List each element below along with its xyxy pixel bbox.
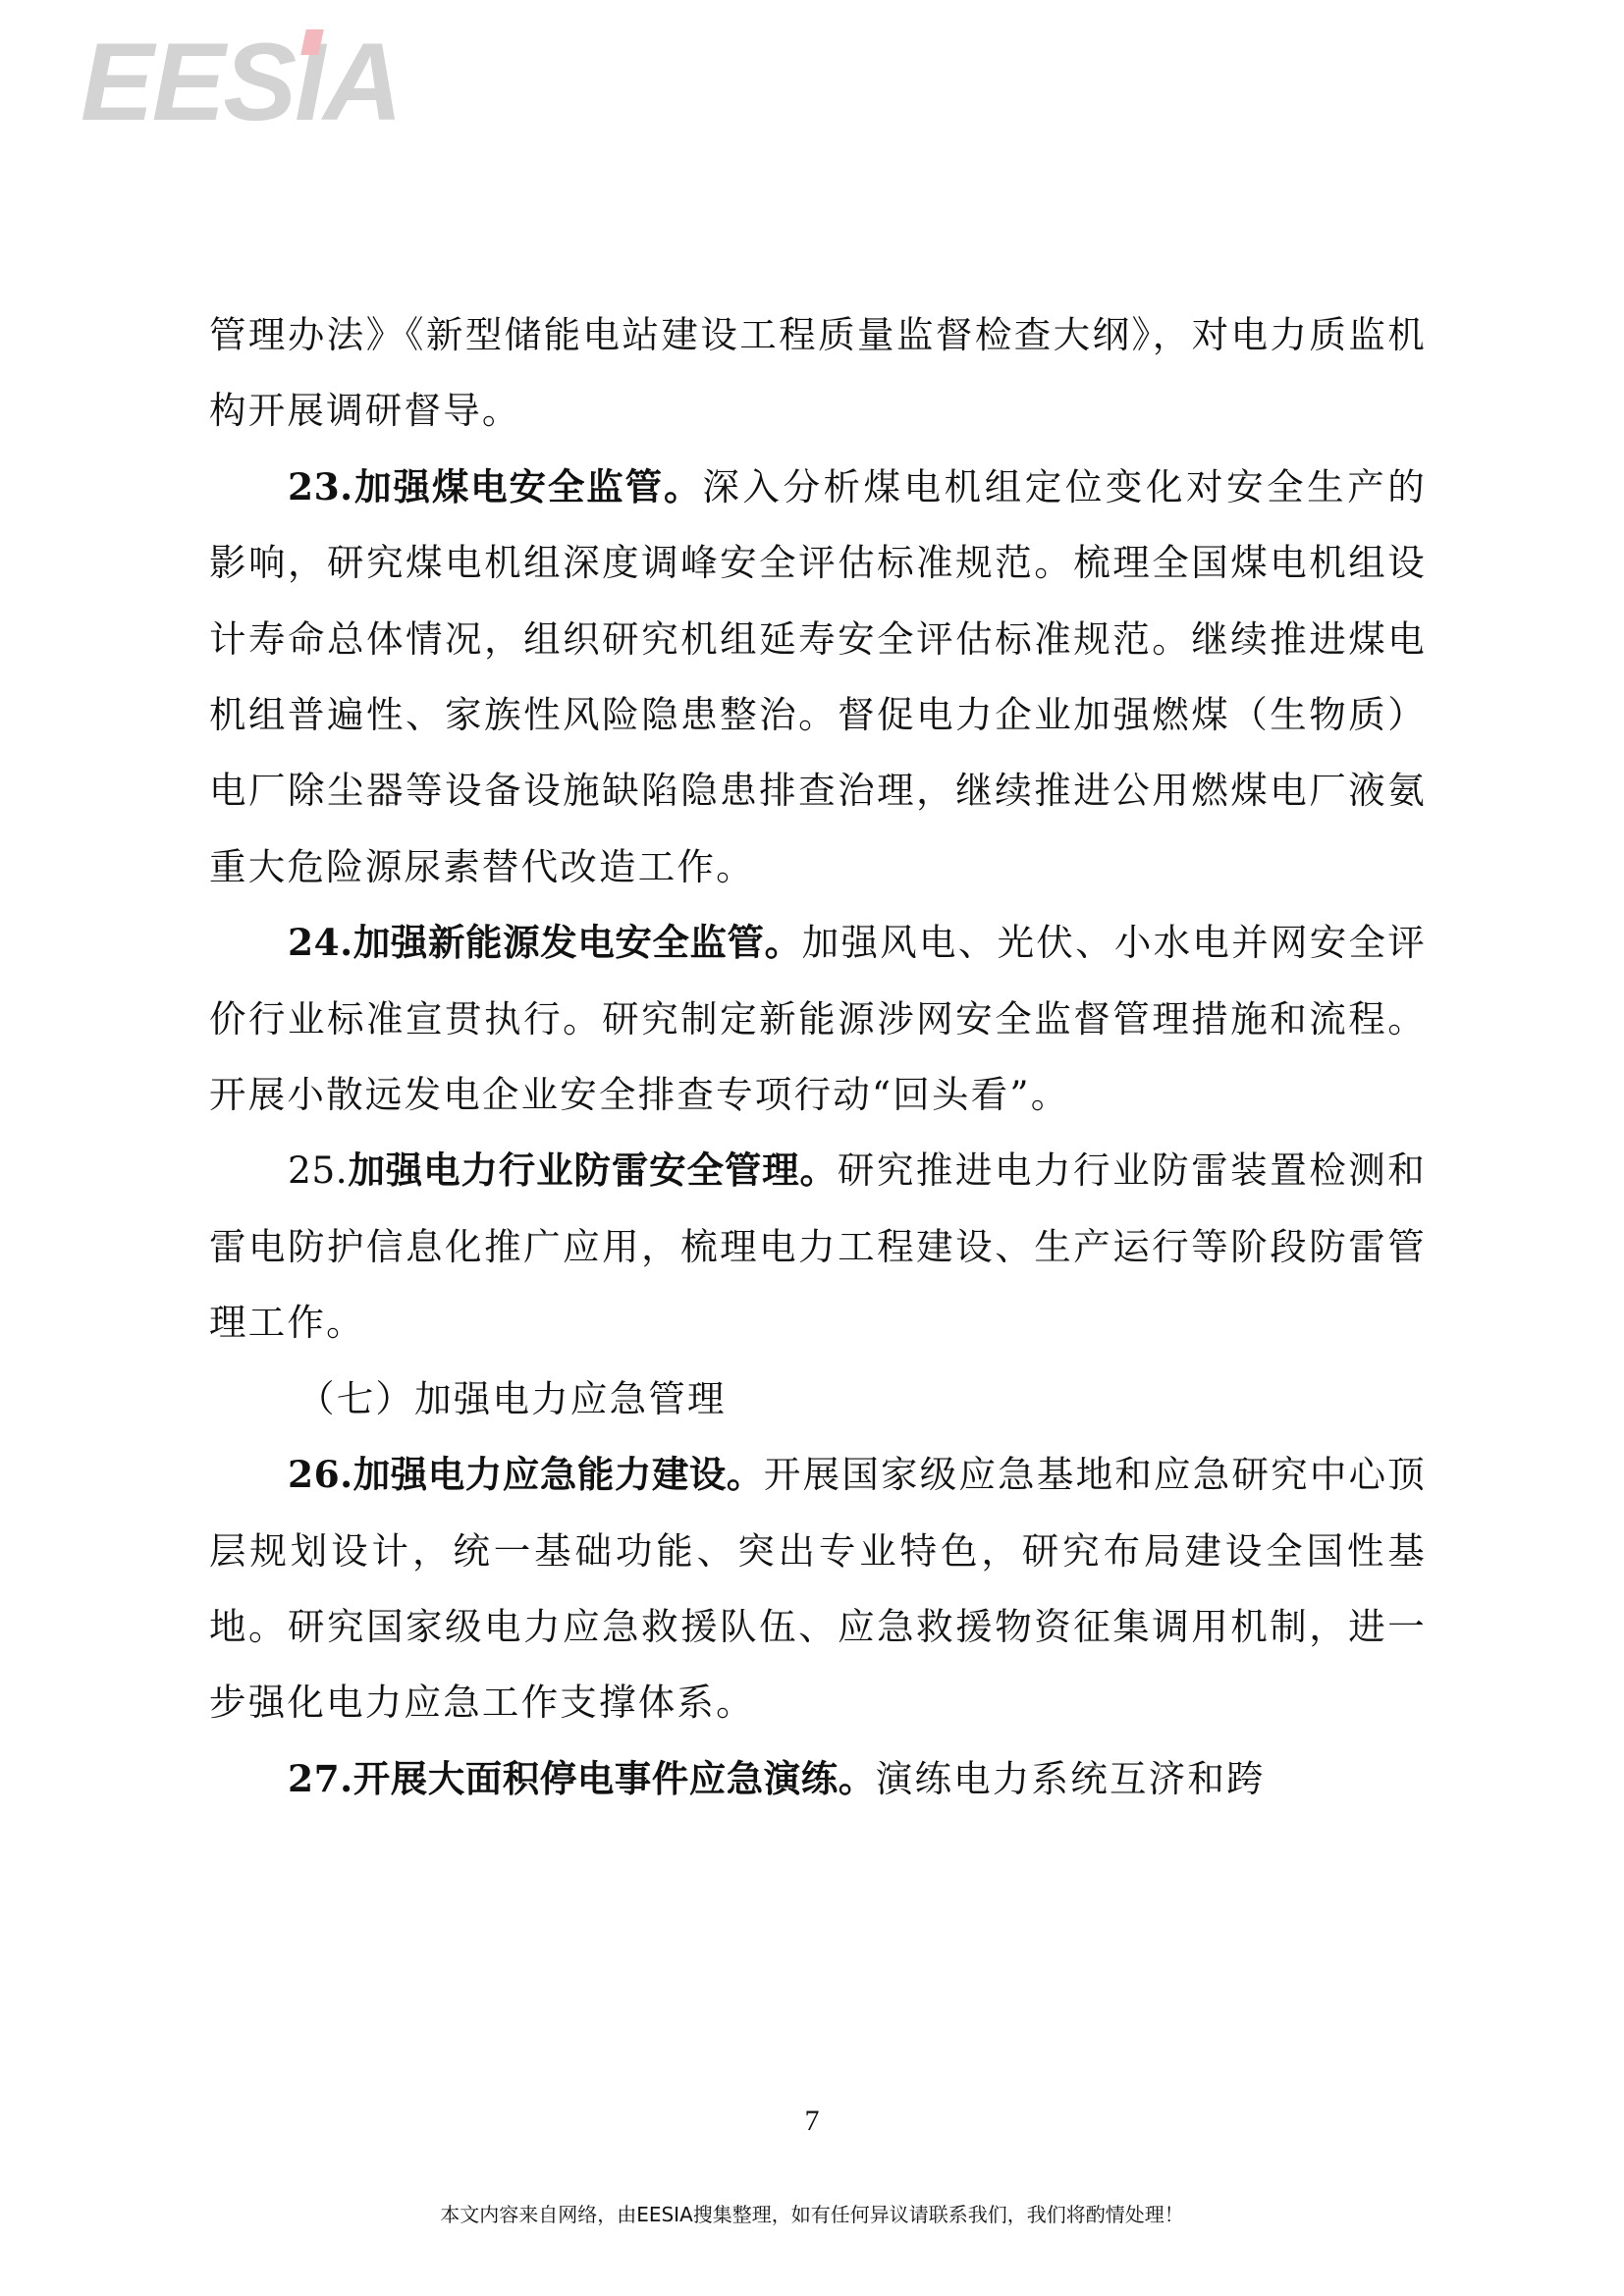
item-25-heading: 25.加强电力行业防雷安全管理。 bbox=[288, 1148, 838, 1192]
footer-disclaimer: 本文内容来自网络，由EESIA搜集整理，如有任何异议请联系我们，我们将酌情处理！ bbox=[0, 2199, 1624, 2227]
item-24-heading: 24.加强新能源发电安全监管。 bbox=[288, 921, 802, 964]
item-23-heading: 23.加强煤电安全监管。 bbox=[288, 465, 702, 508]
item-25: 25.加强电力行业防雷安全管理。研究推进电力行业防雷装置检测和雷电防护信息化推广… bbox=[209, 1133, 1427, 1361]
section-heading-7: （七）加强电力应急管理 bbox=[209, 1362, 1427, 1437]
item-23-text: 深入分析煤电机组定位变化对安全生产的影响，研究煤电机组深度调峰安全评估标准规范。… bbox=[209, 465, 1427, 888]
document-body: 管理办法》《新型储能电站建设工程质量监督检查大纲》，对电力质监机构开展调研督导。… bbox=[209, 297, 1427, 1817]
eesia-logo: EESIA bbox=[81, 27, 401, 137]
item-27: 27.开展大面积停电事件应急演练。演练电力系统互济和跨 bbox=[209, 1741, 1427, 1817]
item-23: 23.加强煤电安全监管。深入分析煤电机组定位变化对安全生产的影响，研究煤电机组深… bbox=[209, 450, 1427, 905]
item-26-heading: 26.加强电力应急能力建设。 bbox=[288, 1453, 764, 1496]
page-number: 7 bbox=[0, 2105, 1624, 2138]
logo-text-a: A bbox=[323, 21, 401, 143]
logo-text-ees: EES bbox=[81, 21, 295, 143]
continuation-paragraph: 管理办法》《新型储能电站建设工程质量监督检查大纲》，对电力质监机构开展调研督导。 bbox=[209, 297, 1427, 450]
item-26: 26.加强电力应急能力建设。开展国家级应急基地和应急研究中心顶层规划设计，统一基… bbox=[209, 1437, 1427, 1741]
item-27-heading: 27.开展大面积停电事件应急演练。 bbox=[288, 1757, 876, 1800]
item-24: 24.加强新能源发电安全监管。加强风电、光伏、小水电并网安全评价行业标准宣贯执行… bbox=[209, 905, 1427, 1133]
item-27-text: 演练电力系统互济和跨 bbox=[876, 1757, 1266, 1800]
logo-letter-i: I bbox=[295, 27, 323, 137]
